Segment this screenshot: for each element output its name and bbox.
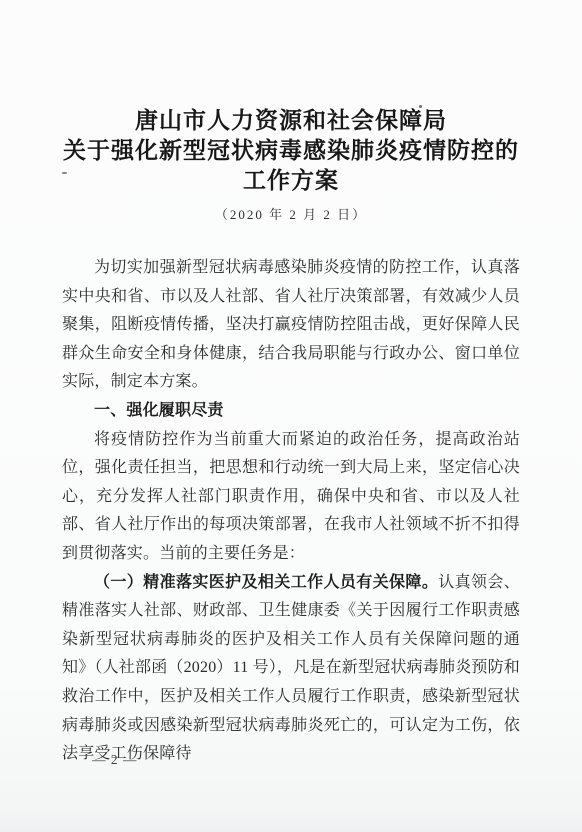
item-1-lead: （一）精准落实医护及相关工作人员有关保障。 bbox=[94, 574, 438, 591]
title-line-3: 工作方案 bbox=[62, 166, 520, 196]
document-title: 唐山市人力资源和社会保障局 关于强化新型冠状病毒感染肺炎疫情防控的 工作方案 bbox=[62, 106, 520, 196]
title-line-1: 唐山市人力资源和社会保障局 bbox=[62, 106, 520, 136]
page-number: — 2 — bbox=[92, 752, 138, 768]
paragraph-intro: 为切实加强新型冠状病毒感染肺炎疫情的防控工作，认真落实中央和省、市以及人社部、省… bbox=[62, 254, 520, 397]
paragraph-item-1: （一）精准落实医护及相关工作人员有关保障。认真领会、精准落实人社部、财政部、卫生… bbox=[62, 569, 520, 769]
document-body: 为切实加强新型冠状病毒感染肺炎疫情的防控工作，认真落实中央和省、市以及人社部、省… bbox=[62, 254, 520, 769]
section-heading-1: 一、强化履职尽责 bbox=[62, 397, 520, 426]
paragraph-duty: 将疫情防控作为当前重大而紧迫的政治任务，提高政治站位，强化责任担当，把思想和行动… bbox=[62, 426, 520, 569]
document-date: （2020 年 2 月 2 日） bbox=[62, 204, 520, 223]
item-1-text: 认真领会、精准落实人社部、财政部、卫生健康委《关于因履行工作职责感染新型冠状病毒… bbox=[62, 574, 520, 763]
title-line-2: 关于强化新型冠状病毒感染肺炎疫情防控的 bbox=[62, 136, 520, 166]
scanned-document-page: 唐山市人力资源和社会保障局 关于强化新型冠状病毒感染肺炎疫情防控的 工作方案 （… bbox=[0, 0, 582, 832]
